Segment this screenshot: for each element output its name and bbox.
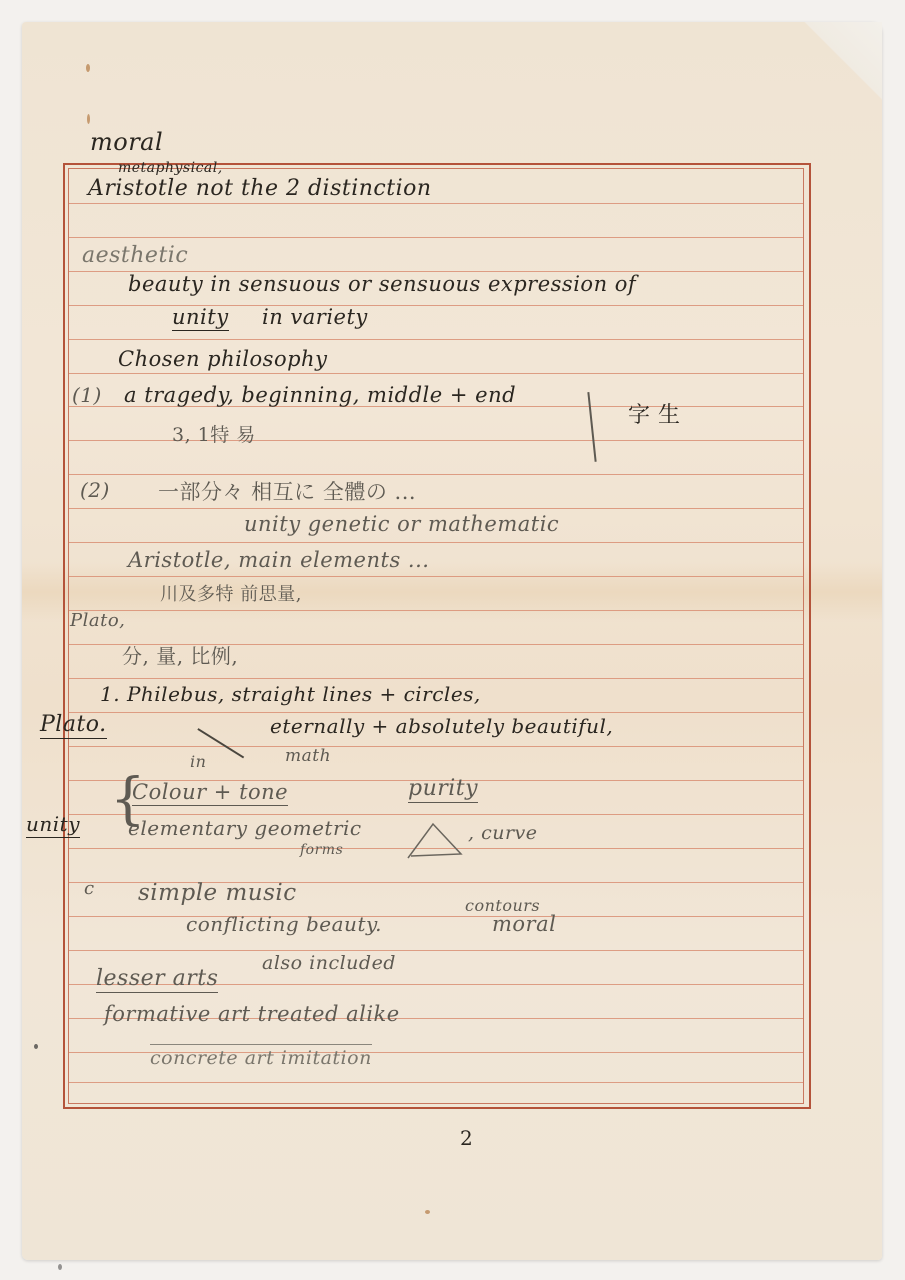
ruled-line [69, 678, 803, 679]
note-math: math [285, 746, 331, 766]
margin-plato-1: Plato, [70, 610, 125, 631]
word-purity: purity [408, 776, 478, 803]
line-beauty-sensuous: beauty in sensuous or sensuous expressio… [128, 272, 636, 296]
margin-unity: unity [26, 812, 80, 838]
ruled-line [69, 1082, 803, 1083]
line-formative-art: formative art treated alike [104, 1002, 400, 1026]
ruled-line [69, 203, 803, 204]
foxing-spot [86, 64, 90, 72]
ruled-line [69, 339, 803, 340]
note-also-included: also included [262, 952, 396, 974]
line-unity-genetic-mathematic: unity genetic or mathematic [244, 512, 559, 536]
ruled-line [69, 237, 803, 238]
line-eternally-absolutely-beautiful: eternally + absolutely beautiful, [270, 714, 613, 738]
item-number-2: (2) [80, 478, 110, 502]
ruled-line [69, 746, 803, 747]
word-unity: unity [172, 305, 229, 331]
foxing-spot [425, 1210, 430, 1214]
item-mark-c: c [84, 878, 95, 899]
ruled-line [69, 916, 803, 917]
ruled-line [69, 610, 803, 611]
heading-aesthetic: aesthetic [82, 243, 188, 268]
line-tragedy-beginning-middle-end: a tragedy, beginning, middle + end [124, 383, 516, 407]
item-number-1: (1) [72, 383, 102, 407]
note-moral: moral [492, 912, 556, 936]
foxing-spot [87, 114, 90, 124]
line-philebus: 1. Philebus, straight lines + circles, [100, 682, 481, 706]
ruled-line [69, 373, 803, 374]
triangle-sketch [405, 818, 465, 862]
line-conflicting-beauty: conflicting beauty. [186, 912, 382, 936]
ruled-line [69, 576, 803, 577]
line-cjk-sub: 3, 1特 易 [172, 420, 256, 447]
folded-corner [792, 22, 882, 102]
line-cjk-aristotle: 川及多特 前思量, [160, 580, 302, 606]
line-cjk-whole-parts: 一部分々 相互に 全體の ... [158, 476, 416, 506]
note-forms: forms [300, 842, 343, 858]
line-lesser-arts: lesser arts [96, 966, 218, 993]
page-number: 2 [460, 1126, 473, 1150]
ink-spot [34, 1044, 38, 1049]
ruled-line [69, 474, 803, 475]
ruled-line [69, 712, 803, 713]
ruled-line [69, 950, 803, 951]
ruled-line [69, 814, 803, 815]
line-concrete-art-imitation: concrete art imitation [150, 1044, 372, 1069]
margin-plato-2: Plato. [40, 712, 107, 739]
ruled-line [69, 542, 803, 543]
ink-spot [58, 1264, 62, 1270]
line-elementary-geometric: elementary geometric [128, 816, 362, 840]
line-chosen-philosophy: Chosen philosophy [118, 347, 327, 371]
line-simple-music: simple music [138, 880, 297, 906]
ruled-line [69, 508, 803, 509]
note-metaphysical: metaphysical, [118, 160, 223, 176]
word-curve: , curve [468, 822, 538, 844]
line-in-variety: in variety [262, 305, 368, 329]
line-aristotle-distinction: Aristotle not the 2 distinction [88, 176, 432, 201]
cjk-annotation: 字 生 [628, 398, 681, 429]
note-in: in [190, 752, 206, 771]
heading-moral: moral [90, 128, 163, 156]
line-aristotle-main-elements: Aristotle, main elements ... [128, 548, 429, 572]
line-cjk-proportion: 分, 量, 比例, [122, 640, 238, 669]
line-colour-tone: Colour + tone [132, 780, 288, 806]
